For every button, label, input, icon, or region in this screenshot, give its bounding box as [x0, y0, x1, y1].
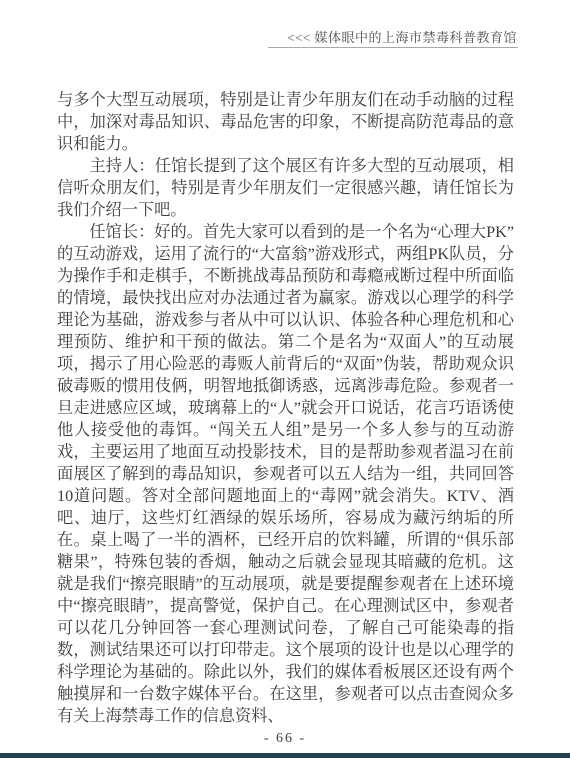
document-page: <<< 媒体眼中的上海市禁毒科普教育馆 与多个大型互动展项，特别是让青少年朋友们… — [0, 0, 570, 758]
body-paragraph: 与多个大型互动展项，特别是让青少年朋友们在动手动脑的过程中，加深对毒品知识、毒品… — [57, 89, 514, 155]
running-head: <<< 媒体眼中的上海市禁毒科普教育馆 — [0, 27, 517, 46]
page-number: - 66 - — [0, 731, 570, 747]
body-text-block: 与多个大型互动展项，特别是让青少年朋友们在动手动脑的过程中，加深对毒品知识、毒品… — [57, 89, 514, 727]
body-paragraph: 主持人：任馆长提到了这个展区有许多大型的互动展项，相信听众朋友们，特别是青少年朋… — [57, 155, 514, 221]
header-rule — [268, 47, 518, 48]
bottom-accent-band — [0, 753, 570, 758]
body-paragraph: 任馆长：好的。首先大家可以看到的是一个名为“心理大PK”的互动游戏，运用了流行的… — [57, 221, 514, 727]
